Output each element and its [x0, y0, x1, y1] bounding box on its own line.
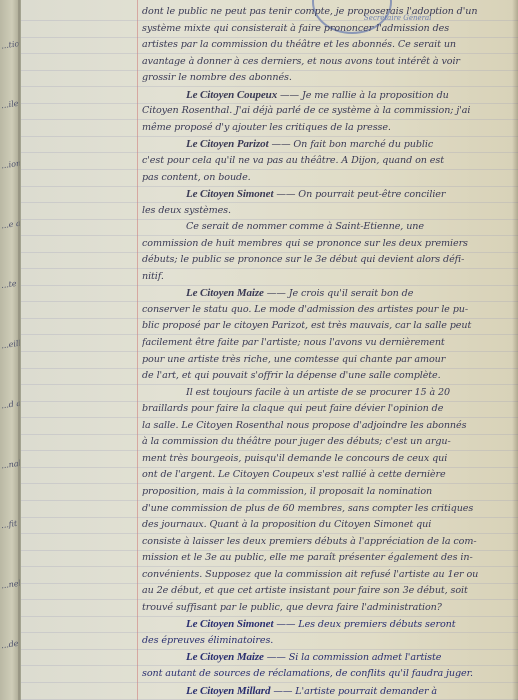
text-line: pour une artiste très riche, une comtess…	[142, 353, 514, 367]
line-text: facilement être faite par l'artiste; nou…	[142, 337, 445, 348]
line-text: dont le public ne peut pas tenir compte,…	[142, 6, 477, 17]
ruled-line	[21, 632, 518, 633]
text-line: nitif.	[142, 270, 514, 284]
ruled-line	[21, 20, 518, 21]
text-line: proposition, mais à la commission, il pr…	[142, 485, 514, 499]
line-text: —— On fait bon marché du public	[269, 139, 434, 150]
text-line: la salle. Le Citoyen Rosenthal nous prop…	[142, 419, 514, 433]
line-text: débuts; le public se prononce sur le 3e …	[142, 254, 464, 265]
speaker-name: Le Citoyen Simonet	[186, 188, 273, 200]
text-line: sont autant de sources de réclamations, …	[142, 667, 514, 681]
text-line: grossir le nombre des abonnés.	[142, 71, 514, 85]
text-line: des journaux. Quant à la proposition du …	[142, 518, 514, 532]
line-text: des épreuves éliminatoires.	[142, 635, 273, 646]
line-text: blic proposé par le citoyen Parizot, est…	[142, 320, 471, 331]
text-line: Citoyen Rosenthal. J'ai déjà parlé de ce…	[142, 104, 514, 118]
line-text: —— L'artiste pourrait demander à	[270, 686, 437, 697]
speaker-name: Le Citoyen Parizot	[186, 138, 269, 150]
margin-rule	[137, 0, 138, 700]
line-text: artistes par la commission du théâtre et…	[142, 39, 456, 50]
line-text: même proposé d'y ajouter les critiques d…	[142, 122, 391, 133]
text-line: dont le public ne peut pas tenir compte,…	[142, 5, 514, 19]
speaker-line: Le Citoyen Maize —— Je crois qu'il serai…	[142, 286, 518, 301]
line-text: grossir le nombre des abonnés.	[142, 72, 292, 83]
line-text: Il est toujours facile à un artiste de s…	[186, 387, 450, 398]
text-line: trouvé suffisant par le public, que devr…	[142, 601, 514, 615]
ruled-line	[21, 334, 518, 335]
text-line: pas content, on boude.	[142, 171, 514, 185]
text-line: avantage à donner à ces derniers, et nou…	[142, 55, 514, 69]
ruled-line	[21, 500, 518, 501]
line-text: Citoyen Rosenthal. J'ai déjà parlé de ce…	[142, 105, 470, 116]
speaker-name: Le Citoyen Millard	[186, 685, 270, 697]
line-text: à la commission du théâtre pour juger de…	[142, 436, 451, 447]
speaker-name: Le Citoyen Maize	[186, 287, 264, 299]
line-text: conserver le statu quo. Le mode d'admiss…	[142, 304, 468, 315]
line-text: braillards pour faire la claque qui peut…	[142, 403, 443, 414]
ruled-line	[21, 450, 518, 451]
ruled-line	[21, 533, 518, 534]
text-line: Il est toujours facile à un artiste de s…	[142, 386, 518, 400]
line-text: proposition, mais à la commission, il pr…	[142, 486, 432, 497]
line-text: de l'art, et qui pouvait s'offrir la dép…	[142, 370, 441, 381]
margin-note: ...te	[0, 279, 17, 290]
line-text: —— On pourrait peut-être concilier	[273, 189, 445, 200]
speaker-line: Le Citoyen Maize —— Si la commission adm…	[142, 650, 518, 665]
text-line: ment très bourgeois, puisqu'il demande l…	[142, 452, 514, 466]
speaker-line: Le Citoyen Simonet —— Les deux premiers …	[142, 617, 518, 632]
line-text: c'est pour cela qu'il ne va pas au théât…	[142, 155, 444, 166]
speaker-name: Le Citoyen Maize	[186, 651, 264, 663]
speaker-name: Le Citoyen Simonet	[186, 618, 273, 630]
line-text: des journaux. Quant à la proposition du …	[142, 519, 431, 530]
text-line: braillards pour faire la claque qui peut…	[142, 402, 514, 416]
text-line: même proposé d'y ajouter les critiques d…	[142, 121, 514, 135]
line-text: trouvé suffisant par le public, que devr…	[142, 602, 442, 613]
ruled-line	[21, 351, 518, 352]
ruled-line	[21, 53, 518, 54]
speaker-line: Le Citoyen Simonet —— On pourrait peut-ê…	[142, 187, 518, 202]
text-line: artistes par la commission du théâtre et…	[142, 38, 514, 52]
ruled-line	[21, 566, 518, 567]
text-line: conserver le statu quo. Le mode d'admiss…	[142, 303, 514, 317]
ruled-line	[21, 417, 518, 418]
line-text: consiste à laisser les deux premiers déb…	[142, 536, 477, 547]
text-line: de l'art, et qui pouvait s'offrir la dép…	[142, 369, 514, 383]
margin-note: ...fit	[0, 519, 17, 530]
text-line: blic proposé par le citoyen Parizot, est…	[142, 319, 514, 333]
text-line: système mixte qui consisterait à faire p…	[142, 22, 514, 36]
ruled-line	[21, 384, 518, 385]
margin-note: ...de	[0, 639, 19, 650]
text-line: c'est pour cela qu'il ne va pas au théât…	[142, 154, 514, 168]
line-text: Ce serait de nommer comme à Saint-Etienn…	[186, 221, 424, 232]
ruled-line	[21, 152, 518, 153]
line-text: système mixte qui consisterait à faire p…	[142, 23, 449, 34]
ruled-line	[21, 169, 518, 170]
ruled-line	[21, 483, 518, 484]
ruled-line	[21, 86, 518, 87]
ruled-line	[21, 682, 518, 683]
text-line: des épreuves éliminatoires.	[142, 634, 514, 648]
text-line: d'une commission de plus de 60 membres, …	[142, 502, 514, 516]
line-text: les deux systèmes.	[142, 205, 231, 216]
line-text: la salle. Le Citoyen Rosenthal nous prop…	[142, 420, 466, 431]
text-line: consiste à laisser les deux premiers déb…	[142, 535, 514, 549]
speaker-line: Le Citoyen Parizot —— On fait bon marché…	[142, 137, 518, 152]
line-text: ont de l'argent. Le Citoyen Coupeux s'es…	[142, 469, 446, 480]
line-text: nitif.	[142, 271, 164, 282]
line-text: —— Si la commission admet l'artiste	[264, 652, 441, 663]
ruled-line	[21, 665, 518, 666]
manuscript-page: Secrétaire Général dont le public ne peu…	[21, 0, 518, 700]
ruled-line	[21, 235, 518, 236]
ruled-line	[21, 202, 518, 203]
margin-note: ...ile	[0, 99, 19, 110]
text-line: commission de huit membres qui se pronon…	[142, 237, 514, 251]
previous-page-edge: ...tion...ile...ion...e a...te...eill...…	[0, 0, 20, 700]
text-line: au 2e début, et que cet artiste insistan…	[142, 584, 514, 598]
line-text: —— Je me rallie à la proposition du	[277, 90, 449, 101]
line-text: avantage à donner à ces derniers, et nou…	[142, 56, 460, 67]
speaker-line: Le Citoyen Coupeux —— Je me rallie à la …	[142, 88, 518, 103]
ruled-line	[21, 268, 518, 269]
text-line: mission et le 3e au public, elle me para…	[142, 551, 514, 565]
line-text: —— Je crois qu'il serait bon de	[264, 288, 413, 299]
line-text: commission de huit membres qui se pronon…	[142, 238, 468, 249]
text-line: débuts; le public se prononce sur le 3e …	[142, 253, 514, 267]
ruled-line	[21, 301, 518, 302]
text-line: facilement être faite par l'artiste; nou…	[142, 336, 514, 350]
line-text: ment très bourgeois, puisqu'il demande l…	[142, 453, 447, 464]
line-text: mission et le 3e au public, elle me para…	[142, 552, 473, 563]
text-line: à la commission du théâtre pour juger de…	[142, 435, 514, 449]
line-text: au 2e début, et que cet artiste insistan…	[142, 585, 468, 596]
line-text: sont autant de sources de réclamations, …	[142, 668, 473, 679]
speaker-line: Le Citoyen Millard —— L'artiste pourrait…	[142, 684, 518, 699]
text-line: les deux systèmes.	[142, 204, 514, 218]
line-text: pas content, on boude.	[142, 172, 251, 183]
text-line: convénients. Supposez que la commission …	[142, 568, 514, 582]
text-line: Ce serait de nommer comme à Saint-Etienn…	[142, 220, 518, 234]
ruled-line	[21, 599, 518, 600]
line-text: convénients. Supposez que la commission …	[142, 569, 478, 580]
line-text: —— Les deux premiers débuts seront	[273, 619, 455, 630]
ruled-line	[21, 119, 518, 120]
line-text: pour une artiste très riche, une comtess…	[142, 354, 445, 365]
speaker-name: Le Citoyen Coupeux	[186, 89, 277, 101]
text-line: ont de l'argent. Le Citoyen Coupeux s'es…	[142, 468, 514, 482]
line-text: d'une commission de plus de 60 membres, …	[142, 503, 473, 514]
